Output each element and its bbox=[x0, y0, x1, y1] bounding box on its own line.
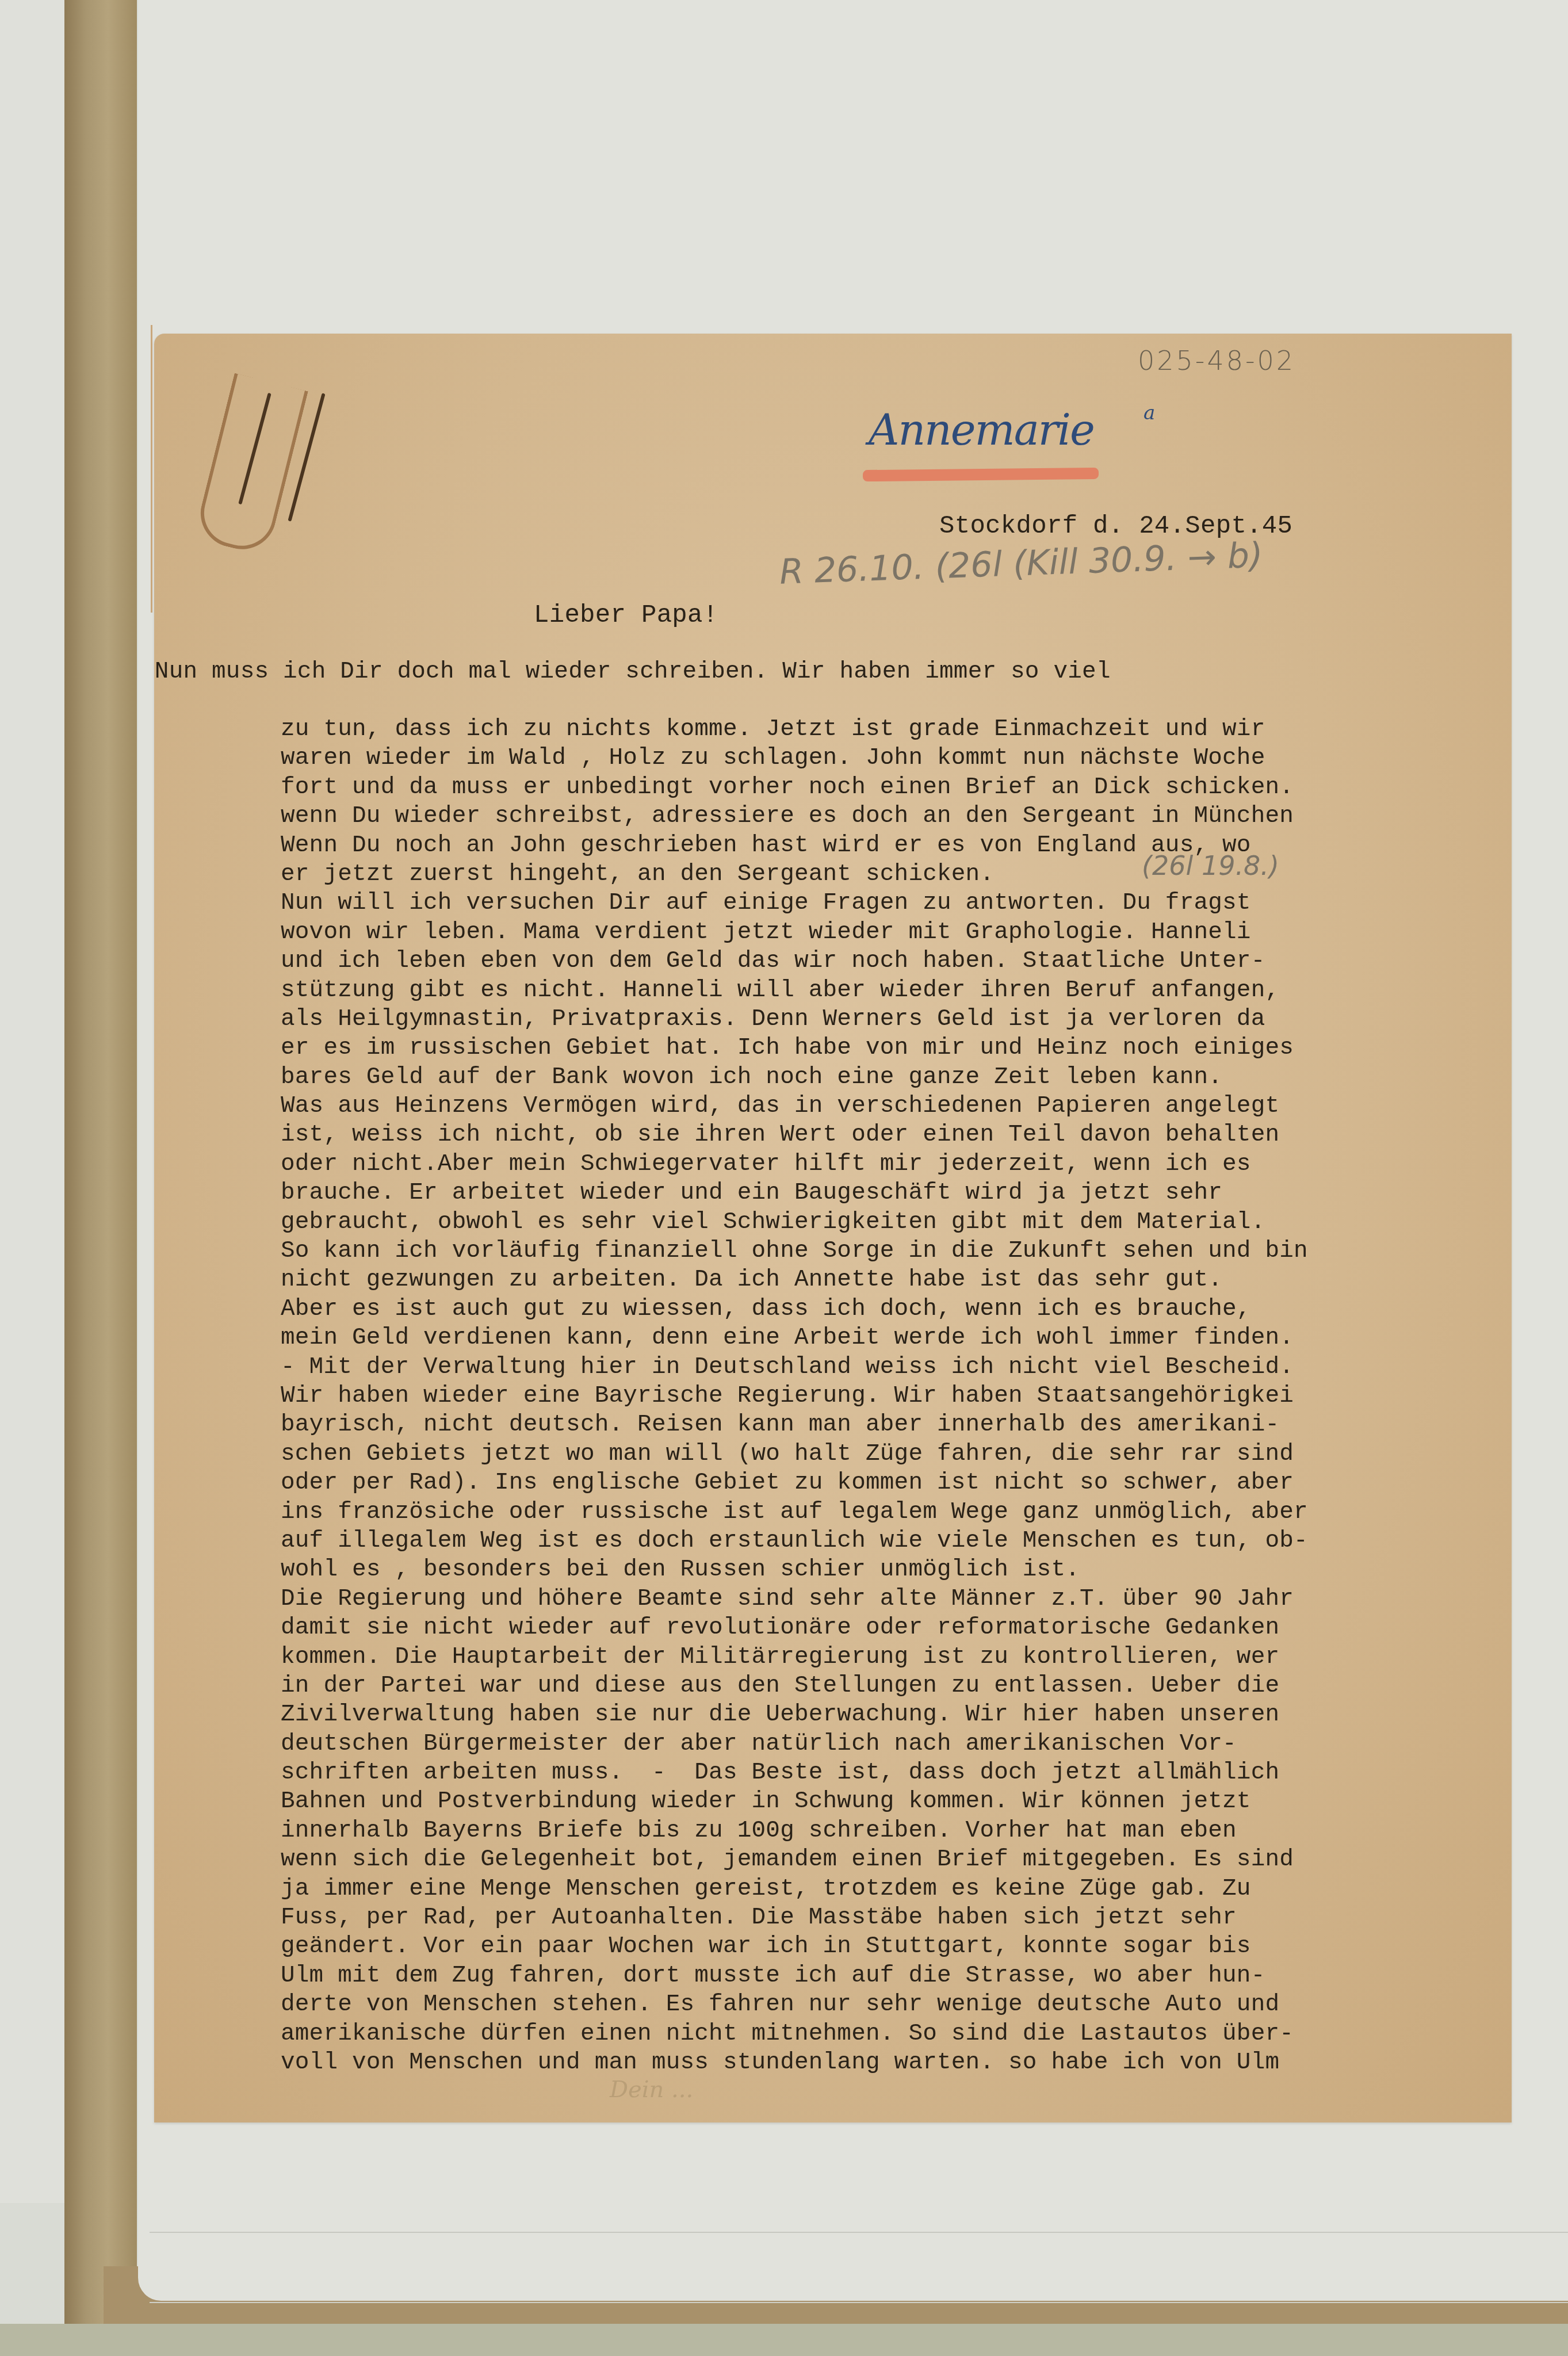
body-line: er es im russischen Gebiet hat. Ich habe… bbox=[281, 1034, 1308, 1062]
body-line: Aber es ist auch gut zu wiessen, dass ic… bbox=[281, 1295, 1308, 1324]
body-line: brauche. Er arbeitet wieder und ein Baug… bbox=[281, 1179, 1308, 1207]
body-line: derte von Menschen stehen. Es fahren nur… bbox=[281, 1990, 1308, 2019]
body-line: bayrisch, nicht deutsch. Reisen kann man… bbox=[281, 1410, 1308, 1439]
body-line: mein Geld verdienen kann, denn eine Arbe… bbox=[281, 1324, 1308, 1352]
body-line: Zivilverwaltung haben sie nur die Ueberw… bbox=[281, 1700, 1308, 1729]
body-line: wenn Du wieder schreibst, adressiere es … bbox=[281, 802, 1308, 831]
body-line: fort und da muss er unbedingt vorher noc… bbox=[281, 773, 1308, 802]
adjacent-sheet-left bbox=[0, 0, 66, 2203]
body-line: Was aus Heinzens Vermögen wird, das in v… bbox=[281, 1092, 1308, 1120]
body-line: Ulm mit dem Zug fahren, dort musste ich … bbox=[281, 1961, 1308, 1990]
body-line: innerhalb Bayerns Briefe bis zu 100g sch… bbox=[281, 1816, 1308, 1845]
inline-pencil-note: (26l 19.8.) bbox=[1142, 850, 1279, 881]
background-surface bbox=[0, 2324, 1568, 2356]
body-line: - Mit der Verwaltung hier in Deutschland… bbox=[281, 1353, 1308, 1382]
sender-name-correction: a bbox=[1144, 401, 1155, 424]
body-line: geändert. Vor ein paar Wochen war ich in… bbox=[281, 1932, 1308, 1961]
body-line: in der Partei war und diese aus den Stel… bbox=[281, 1672, 1308, 1700]
body-line: oder nicht.Aber mein Schwiegervater hilf… bbox=[281, 1150, 1308, 1179]
body-line: waren wieder im Wald , Holz zu schlagen.… bbox=[281, 744, 1308, 772]
body-line: wovon wir leben. Mama verdient jetzt wie… bbox=[281, 918, 1308, 947]
body-line: bares Geld auf der Bank wovon ich noch e… bbox=[281, 1063, 1308, 1092]
body-line: Nun will ich versuchen Dir auf einige Fr… bbox=[281, 889, 1308, 917]
mount-edge-line bbox=[151, 325, 152, 613]
body-line: ist, weiss ich nicht, ob sie ihren Wert … bbox=[281, 1120, 1308, 1149]
letter-body: Nun muss ich Dir doch mal wieder schreib… bbox=[281, 715, 1308, 2106]
body-line: Wir haben wieder eine Bayrische Regierun… bbox=[281, 1382, 1308, 1410]
body-line: deutschen Bürgermeister der aber natürli… bbox=[281, 1730, 1308, 1758]
body-line: ja immer eine Menge Menschen gereist, tr… bbox=[281, 1875, 1308, 1903]
folder-spine bbox=[64, 0, 137, 2356]
body-line: schen Gebiets jetzt wo man will (wo halt… bbox=[281, 1440, 1308, 1468]
body-line: So kann ich vorläufig finanziell ohne So… bbox=[281, 1237, 1308, 1265]
body-line: wenn sich die Gelegenheit bot, jemandem … bbox=[281, 1845, 1308, 1874]
salutation: Lieber Papa! bbox=[534, 601, 718, 630]
body-line: ins französiche oder russische ist auf l… bbox=[281, 1498, 1308, 1527]
body-line: stützung gibt es nicht. Hanneli will abe… bbox=[281, 976, 1308, 1005]
body-line: zu tun, dass ich zu nichts komme. Jetzt … bbox=[281, 715, 1308, 744]
body-line: damit sie nicht wieder auf revolutionäre… bbox=[281, 1613, 1308, 1642]
body-line: voll von Menschen und man muss stundenla… bbox=[281, 2048, 1308, 2077]
sender-handwritten-name: Annemarie bbox=[869, 406, 1094, 455]
body-line: auf illegalem Weg ist es doch erstaunlic… bbox=[281, 1527, 1308, 1555]
body-line: Bahnen und Postverbindung wieder in Schw… bbox=[281, 1787, 1308, 1816]
body-line: wohl es , besonders bei den Russen schie… bbox=[281, 1555, 1308, 1584]
body-line: schriften arbeiten muss. - Das Beste ist… bbox=[281, 1758, 1308, 1787]
bleedthrough-text: Dein ... bbox=[610, 2076, 693, 2103]
body-line: amerikanische dürfen einen nicht mitnehm… bbox=[281, 2020, 1308, 2048]
body-line: kommen. Die Hauptarbeit der Militärregie… bbox=[281, 1643, 1308, 1672]
body-line bbox=[281, 2077, 1308, 2106]
body-line: gebraucht, obwohl es sehr viel Schwierig… bbox=[281, 1208, 1308, 1237]
body-line: Die Regierung und höhere Beamte sind seh… bbox=[281, 1585, 1308, 1613]
body-line: als Heilgymnastin, Privatpraxis. Denn We… bbox=[281, 1005, 1308, 1034]
body-line: nicht gezwungen zu arbeiten. Da ich Anne… bbox=[281, 1265, 1308, 1294]
body-line: und ich leben eben von dem Geld das wir … bbox=[281, 947, 1308, 976]
body-line: oder per Rad). Ins englische Gebiet zu k… bbox=[281, 1468, 1308, 1497]
body-line: Fuss, per Rad, per Autoanhalten. Die Mas… bbox=[281, 1903, 1308, 1932]
archive-number: 025-48-02 bbox=[1138, 345, 1295, 376]
mount-board-edges bbox=[150, 2232, 1568, 2303]
